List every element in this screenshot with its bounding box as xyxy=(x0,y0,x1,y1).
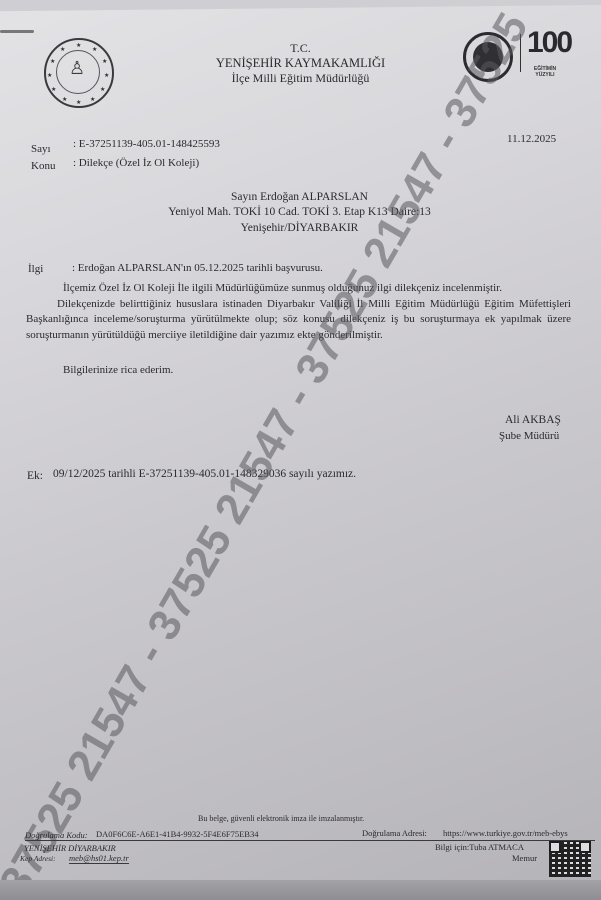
verify-address-link[interactable]: https://www.turkiye.gov.tr/meb-ebys xyxy=(443,828,568,838)
esign-note: Bu belge, güvenli elektronik imza ile im… xyxy=(198,814,364,823)
recipient-name: Sayın Erdoğan ALPARSLAN xyxy=(0,191,600,203)
verify-address-label: Doğrulama Adresi: xyxy=(362,828,427,838)
page-top-edge xyxy=(0,0,601,11)
konu-value: : Dilekçe (Özel İz Ol Koleji) xyxy=(73,157,199,169)
page-bottom-shadow xyxy=(0,880,601,900)
org-address: YENİŞEHİR DİYARBAKIR xyxy=(24,843,116,853)
recipient-address: Yeniyol Mah. TOKİ 10 Cad. TOKİ 3. Etap K… xyxy=(0,206,600,218)
sayi-value: : E-37251139-405.01-148425593 xyxy=(73,138,220,150)
pen-mark xyxy=(0,30,34,33)
verify-code-label: Doğrulama Kodu: xyxy=(25,830,88,840)
ilgi-value: : Erdoğan ALPARSLAN'ın 05.12.2025 tarihl… xyxy=(72,262,323,274)
attachment-value: 09/12/2025 tarihli E-37251139-405.01-148… xyxy=(53,468,356,480)
signer-name: Ali AKBAŞ xyxy=(505,414,561,426)
ilgi-label: İlgi xyxy=(28,263,43,275)
sayi-label: Sayı xyxy=(31,143,51,155)
recipient-city: Yenişehir/DİYARBAKIR xyxy=(0,222,600,234)
document-page: ★ ★ ★ ★ ★ ★ ★ ★ ★ ★ ★ ★ ♙ T.C. YENİŞEHİR… xyxy=(0,0,601,900)
attachment-label: Ek: xyxy=(27,470,43,482)
document-date: 11.12.2025 xyxy=(507,133,556,145)
body-paragraph-2: Dilekçenizde belirttiğiniz hususlara ist… xyxy=(26,297,571,343)
verify-code: DA0F6C6E-A6E1-41B4-9932-5F4E6F75EB34 xyxy=(96,829,258,839)
kep-address-link[interactable]: meb@hs01.kep.tr xyxy=(69,853,129,864)
konu-label: Konu xyxy=(31,160,55,172)
info-contact: Bilgi için:Tuba ATMACA xyxy=(435,842,524,852)
footer-divider xyxy=(25,840,595,841)
egitimin-yuzyili-caption: EĞİTİMİN YÜZYILI xyxy=(530,66,560,78)
info-title: Memur xyxy=(512,853,537,863)
qr-code-icon xyxy=(549,841,591,877)
body-paragraph-1: İlçemiz Özel İz Ol Koleji İle ilgili Müd… xyxy=(32,281,570,296)
kep-label: Kep Adresi: xyxy=(20,854,56,863)
signer-title: Şube Müdürü xyxy=(499,430,559,442)
